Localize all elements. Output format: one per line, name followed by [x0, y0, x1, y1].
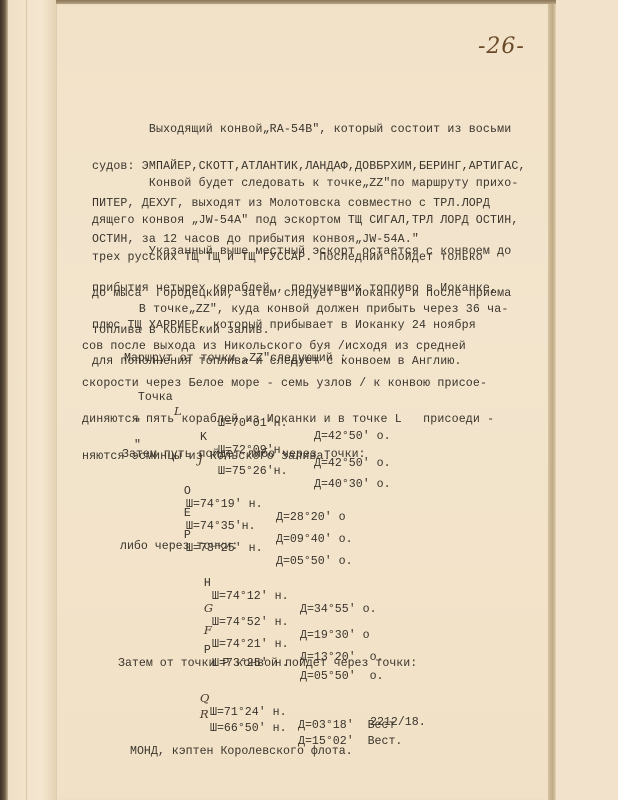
route-option2-intro: либо через точки: — [120, 540, 238, 553]
route-lat: Ш=74°12' н. — [212, 590, 289, 603]
route-point: P — [204, 644, 211, 657]
route-lat: Ш=74°19' н. — [186, 498, 263, 511]
binder-strip — [0, 0, 8, 800]
route-point: R — [200, 707, 209, 721]
route-lat: Ш=74°35'н. — [186, 520, 256, 533]
route-lon: Д=05°50' о. — [300, 670, 384, 683]
route-lon: Д=19°30' о — [300, 629, 370, 642]
page-edge — [548, 4, 556, 800]
route-lat: Ш=66°50' н. — [210, 722, 287, 735]
route-lon: Д=42°50' о. — [314, 430, 391, 443]
route-intro: Маршрут от точки „ZZ"следующий : — [124, 352, 347, 365]
route-point: L — [174, 404, 182, 418]
underlying-page — [8, 0, 57, 800]
route-lon: Д=40°30' о. — [314, 478, 391, 491]
route-lat: Ш=74°21' н. — [212, 638, 289, 651]
route-row-R: R Ш=66°50' н. Д=15°02' Вест. — [186, 694, 209, 748]
signature: МОНД, кэптен Королевского флота. — [130, 745, 353, 758]
reference-number: 2212/18. — [370, 716, 426, 729]
route-prefix: Точка — [138, 391, 173, 404]
page-fold — [26, 0, 27, 800]
route-lon: Д=34°55' о. — [300, 603, 377, 616]
route-final-intro: Затем от точки P конвой пойдет через точ… — [118, 657, 417, 670]
route-point: K — [200, 431, 207, 444]
text-line: Указанный выше местный эскорт остается с… — [92, 246, 511, 258]
route-lat: Ш=75°26'н. — [218, 465, 288, 478]
route-lon: Д=28°20' о — [276, 511, 346, 524]
route-lon: Д=05°50' о. — [276, 555, 353, 568]
handwritten-page-number: -26- — [478, 34, 525, 59]
text-line: Выходящий конвой„RA-54B", который состои… — [92, 124, 526, 136]
background-page-right — [556, 0, 618, 800]
text-line: Конвой будет следовать к точке„ZZ"по мар… — [92, 178, 518, 190]
route-option1-intro: Затем путь пойдет либо через точки: — [122, 448, 366, 461]
text-line: В точке„ZZ", куда конвой должен прибыть … — [82, 304, 508, 316]
route-lat: Ш=74°52' н. — [212, 616, 289, 629]
route-lat: Ш=70°01'н. — [218, 417, 288, 430]
route-lat: Ш=71°24' н. — [210, 706, 287, 719]
route-lon: Д=09°40' о. — [276, 533, 353, 546]
